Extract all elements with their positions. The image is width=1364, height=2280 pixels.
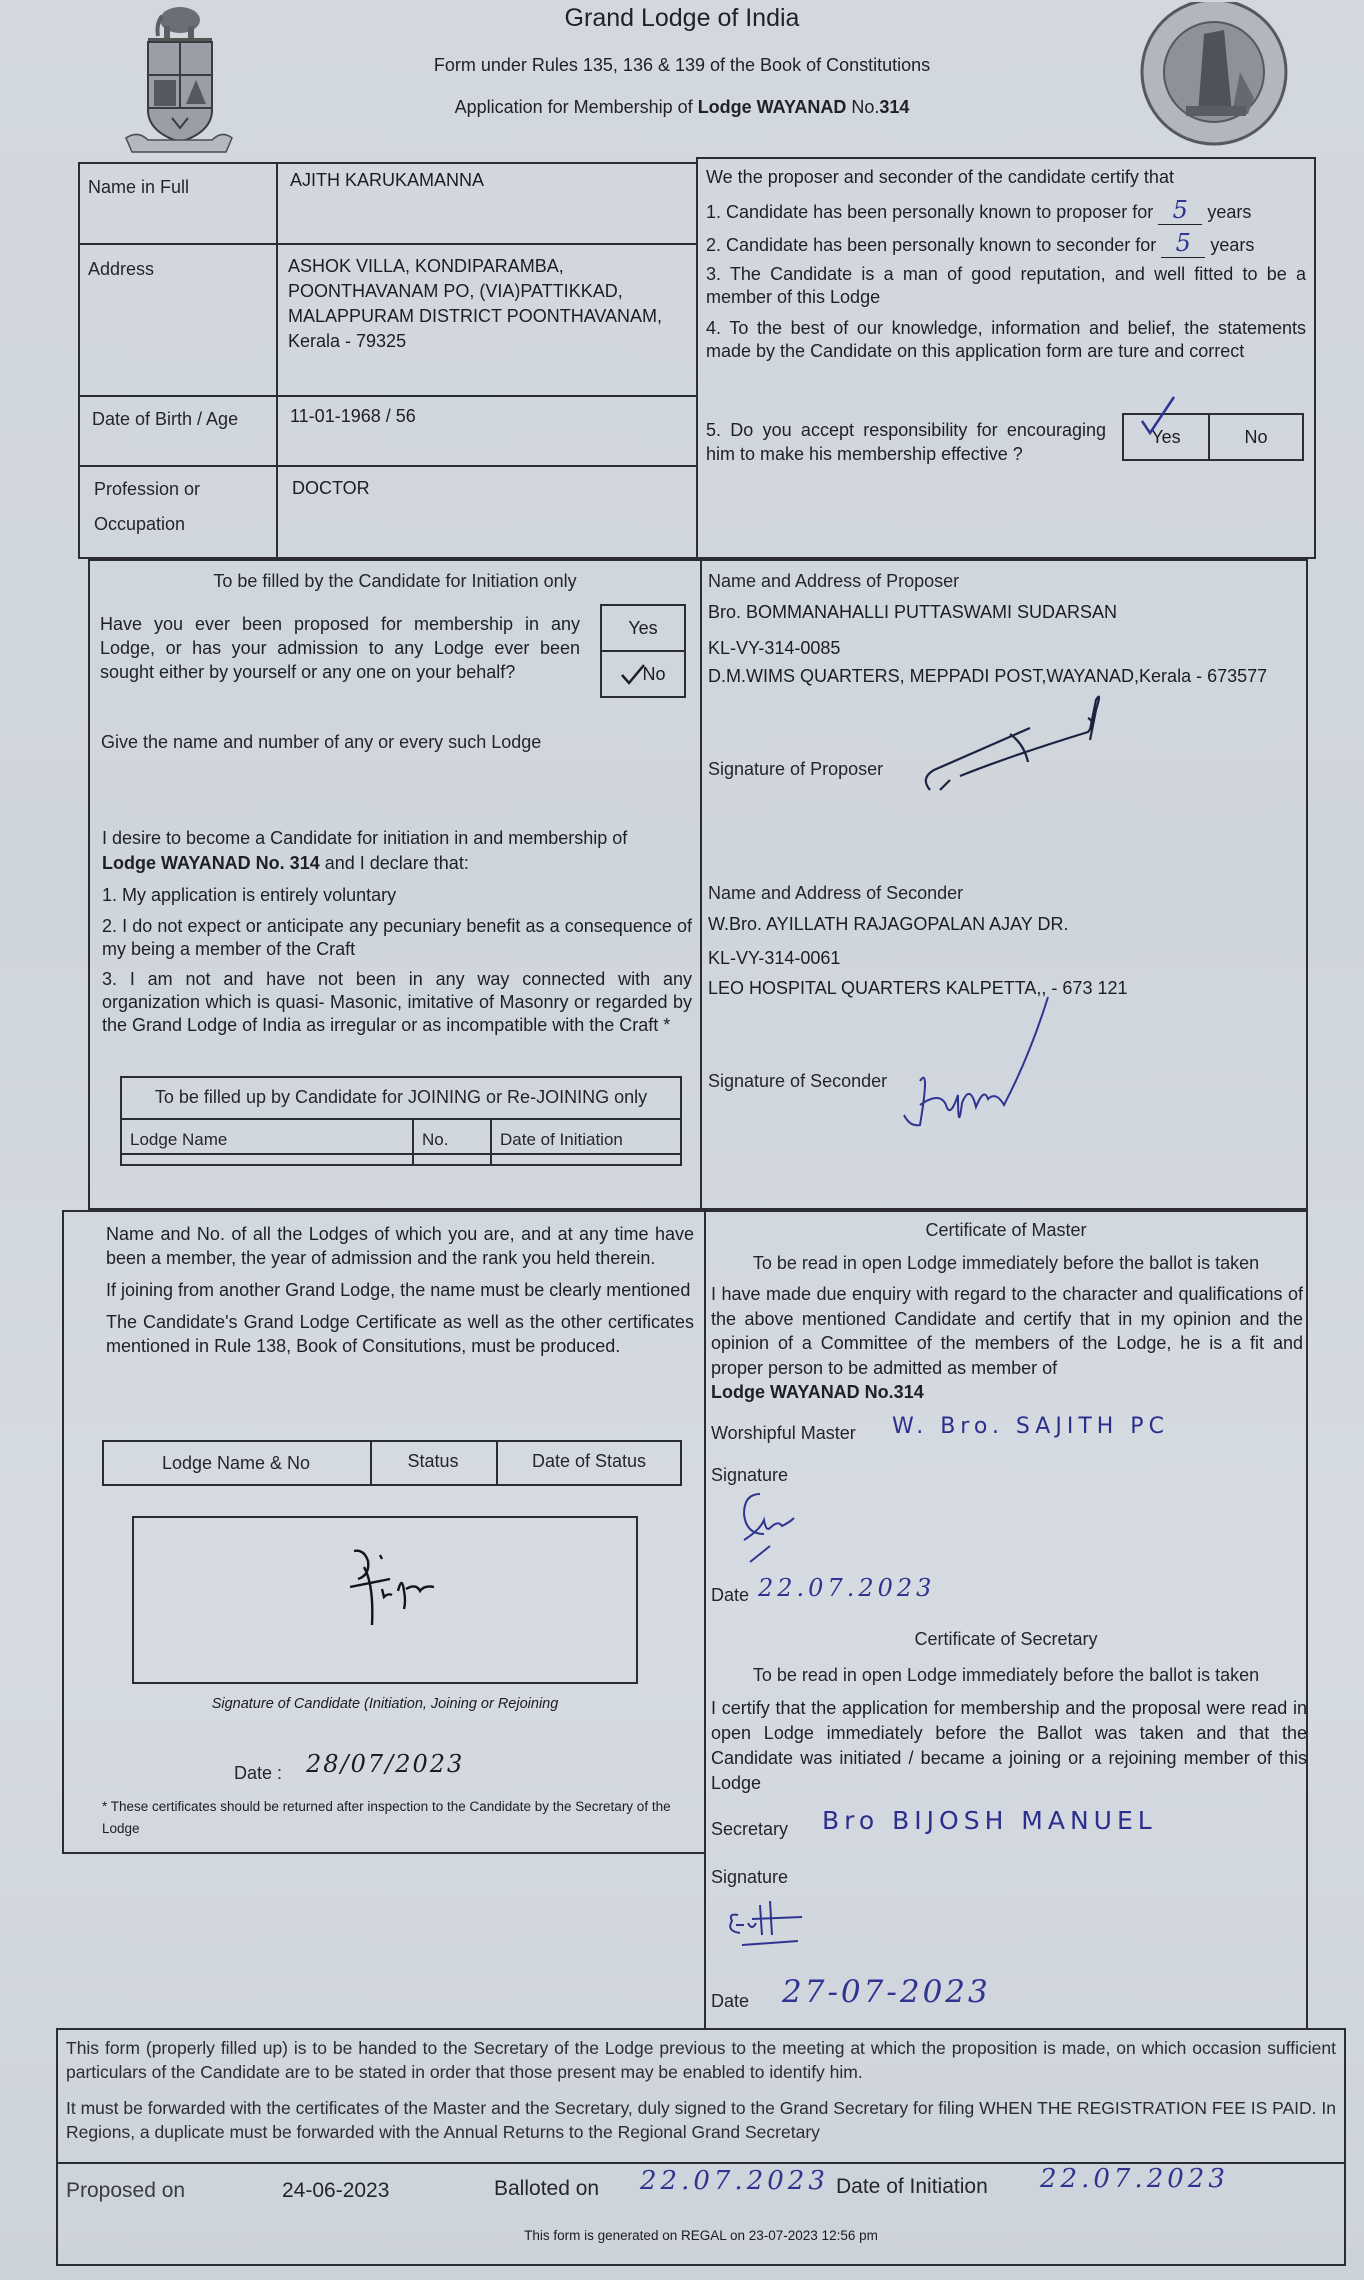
lodges-para-1: Name and No. of all the Lodges of which …	[106, 1222, 694, 1270]
responsibility-yes-option[interactable]: Yes	[1122, 413, 1210, 461]
prior-proposal-yes-option[interactable]: Yes	[600, 604, 686, 652]
joining-table-title: To be filled up by Candidate for JOINING…	[120, 1082, 682, 1112]
years-label: years	[1207, 202, 1251, 222]
regional-grand-lodge-seal-logo	[1136, 2, 1292, 148]
master-date-value: 22.07.2023	[758, 1574, 935, 1602]
master-date-label: Date	[711, 1580, 749, 1610]
master-cert-lodge: Lodge WAYANAD No.314	[711, 1382, 924, 1402]
date-of-initiation-label: Date of Initiation	[836, 2172, 988, 2202]
seconder-heading: Name and Address of Seconder	[708, 878, 963, 908]
declaration-suffix: and I declare that:	[320, 853, 469, 873]
proposer-name: Bro. BOMMANAHALLI PUTTASWAMI SUDARSAN	[708, 600, 1117, 625]
date-of-initiation-value: 22.07.2023	[1040, 2164, 1229, 2194]
notes-text: This form (properly filled up) is to be …	[66, 2036, 1336, 2152]
profession-label: Profession or Occupation	[94, 474, 200, 539]
declaration-lodge: Lodge WAYANAD No. 314	[102, 853, 320, 873]
joining-col-no: No.	[422, 1125, 448, 1155]
candidate-date-label: Date :	[234, 1758, 282, 1788]
seconder-reg-no: KL-VY-314-0061	[708, 946, 840, 971]
no-label: No	[1244, 427, 1267, 448]
secretary-cert-heading: Certificate of Secretary	[704, 1624, 1308, 1654]
checkmark-icon	[1138, 393, 1178, 437]
address-line-1: ASHOK VILLA, KONDIPARAMBA,	[288, 254, 662, 279]
secretary-signature-label: Signature	[711, 1862, 788, 1892]
proposer-address: D.M.WIMS QUARTERS, MEPPADI POST,WAYANAD,…	[708, 664, 1267, 689]
joining-col-date-of-initiation: Date of Initiation	[500, 1125, 623, 1155]
profession-label-line-1: Profession or	[94, 474, 200, 504]
secretary-cert-subheading: To be read in open Lodge immediately bef…	[704, 1660, 1308, 1690]
proposer-reg-no: KL-VY-314-0085	[708, 636, 840, 661]
candidate-profession: DOCTOR	[292, 476, 370, 501]
lodges-col-name-no: Lodge Name & No	[102, 1448, 370, 1478]
seconder-signature	[900, 995, 1090, 1140]
application-lodge-no: 314	[879, 97, 909, 117]
declaration-1: 1. My application is entirely voluntary	[102, 883, 692, 908]
address-line-2: POONTHAVANAM PO, (VIA)PATTIKKAD,	[288, 279, 662, 304]
wm-label: Worshipful Master	[711, 1418, 856, 1448]
secretary-date-value: 27-07-2023	[782, 1974, 991, 2010]
master-cert-subheading: To be read in open Lodge immediately bef…	[704, 1248, 1308, 1278]
certify-item-3: 3. The Candidate is a man of good reputa…	[706, 263, 1306, 309]
notes-para-2: It must be forwarded with the certificat…	[66, 2096, 1336, 2144]
application-lodge: Lodge WAYANAD	[698, 97, 847, 117]
master-signature-label: Signature	[711, 1460, 788, 1490]
proposed-on-value: 24-06-2023	[282, 2176, 389, 2206]
certify-intro: We the proposer and seconder of the cand…	[706, 164, 1306, 191]
proposed-on-label: Proposed on	[66, 2176, 185, 2206]
secretary-signature	[722, 1895, 832, 1955]
give-lodge-name-prompt: Give the name and number of any or every…	[101, 727, 541, 757]
yes-label: Yes	[628, 618, 657, 639]
secretary-date-label: Date	[711, 1986, 749, 2016]
lodge-membership-text: Name and No. of all the Lodges of which …	[106, 1222, 694, 1366]
certify-item-4: 4. To the best of our knowledge, informa…	[706, 317, 1306, 363]
proposer-signature	[920, 690, 1140, 800]
master-cert-heading: Certificate of Master	[704, 1215, 1308, 1245]
certificates-footnote: * These certificates should be returned …	[102, 1796, 682, 1840]
application-prefix: Application for Membership of	[455, 97, 698, 117]
candidate-date-value: 28/07/2023	[306, 1750, 464, 1778]
declaration-3: 3. I am not and have not been in any way…	[102, 968, 692, 1037]
master-cert-body: I have made due enquiry with regard to t…	[711, 1282, 1303, 1405]
certify-item-1-text: 1. Candidate has been personally known t…	[706, 202, 1153, 222]
lodges-para-3: The Candidate's Grand Lodge Certificate …	[106, 1310, 694, 1358]
address-line-4: Kerala - 79325	[288, 329, 662, 354]
candidate-address: ASHOK VILLA, KONDIPARAMBA, POONTHAVANAM …	[288, 254, 662, 354]
seconder-name: W.Bro. AYILLATH RAJAGOPALAN AJAY DR.	[708, 912, 1068, 937]
secretary-cert-body: I certify that the application for membe…	[711, 1696, 1307, 1796]
declaration-intro: I desire to become a Candidate for initi…	[102, 826, 692, 851]
application-no-prefix: No.	[846, 97, 879, 117]
initiation-question: Have you ever been proposed for membersh…	[100, 612, 580, 684]
certify-block: We the proposer and seconder of the cand…	[706, 164, 1306, 363]
prior-proposal-no-option[interactable]: No	[600, 650, 686, 698]
profession-label-line-2: Occupation	[94, 509, 200, 539]
certify-item-2-text: 2. Candidate has been personally known t…	[706, 235, 1156, 255]
declaration-2: 2. I do not expect or anticipate any pec…	[102, 915, 692, 961]
dob-label: Date of Birth / Age	[92, 404, 238, 434]
secretary-label: Secretary	[711, 1814, 788, 1844]
initiation-heading: To be filled by the Candidate for Initia…	[88, 566, 702, 596]
seconder-years-value: 5	[1161, 230, 1205, 258]
lodges-col-status: Status	[370, 1446, 496, 1476]
lodges-para-2: If joining from another Grand Lodge, the…	[106, 1278, 694, 1302]
candidate-signature	[350, 1545, 480, 1635]
proposer-years-value: 5	[1158, 197, 1202, 225]
wm-value: W. Bro. SAJITH PC	[892, 1414, 1169, 1439]
certify-item-5: 5. Do you accept responsibility for enco…	[706, 418, 1106, 466]
no-label: No	[642, 664, 665, 685]
balloted-on-label: Balloted on	[494, 2174, 599, 2204]
proposer-signature-label: Signature of Proposer	[708, 754, 883, 784]
declaration-block: I desire to become a Candidate for initi…	[102, 826, 692, 1037]
candidate-name: AJITH KARUKAMANNA	[290, 168, 484, 193]
candidate-dob: 11-01-1968 / 56	[290, 404, 416, 429]
address-line-3: MALAPPURAM DISTRICT POONTHAVANAM,	[288, 304, 662, 329]
certify-item-2: 2. Candidate has been personally known t…	[706, 230, 1306, 259]
candidate-signature-caption: Signature of Candidate (Initiation, Join…	[132, 1696, 638, 1712]
joining-col-lodge-name: Lodge Name	[130, 1125, 227, 1155]
notes-para-1: This form (properly filled up) is to be …	[66, 2036, 1336, 2084]
seconder-signature-label: Signature of Seconder	[708, 1066, 887, 1096]
responsibility-no-option[interactable]: No	[1208, 413, 1304, 461]
master-cert-text: I have made due enquiry with regard to t…	[711, 1282, 1303, 1380]
balloted-on-value: 22.07.2023	[640, 2166, 829, 2196]
lodges-col-date-of-status: Date of Status	[496, 1446, 682, 1476]
name-label: Name in Full	[88, 172, 189, 202]
master-signature	[730, 1490, 830, 1570]
secretary-value: Bro BIJOSH MANUEL	[822, 1806, 1157, 1835]
generated-note: This form is generated on REGAL on 23-07…	[56, 2228, 1346, 2243]
years-label: years	[1210, 235, 1254, 255]
address-label: Address	[88, 254, 154, 284]
certify-item-1: 1. Candidate has been personally known t…	[706, 197, 1306, 226]
proposer-heading: Name and Address of Proposer	[708, 566, 959, 596]
